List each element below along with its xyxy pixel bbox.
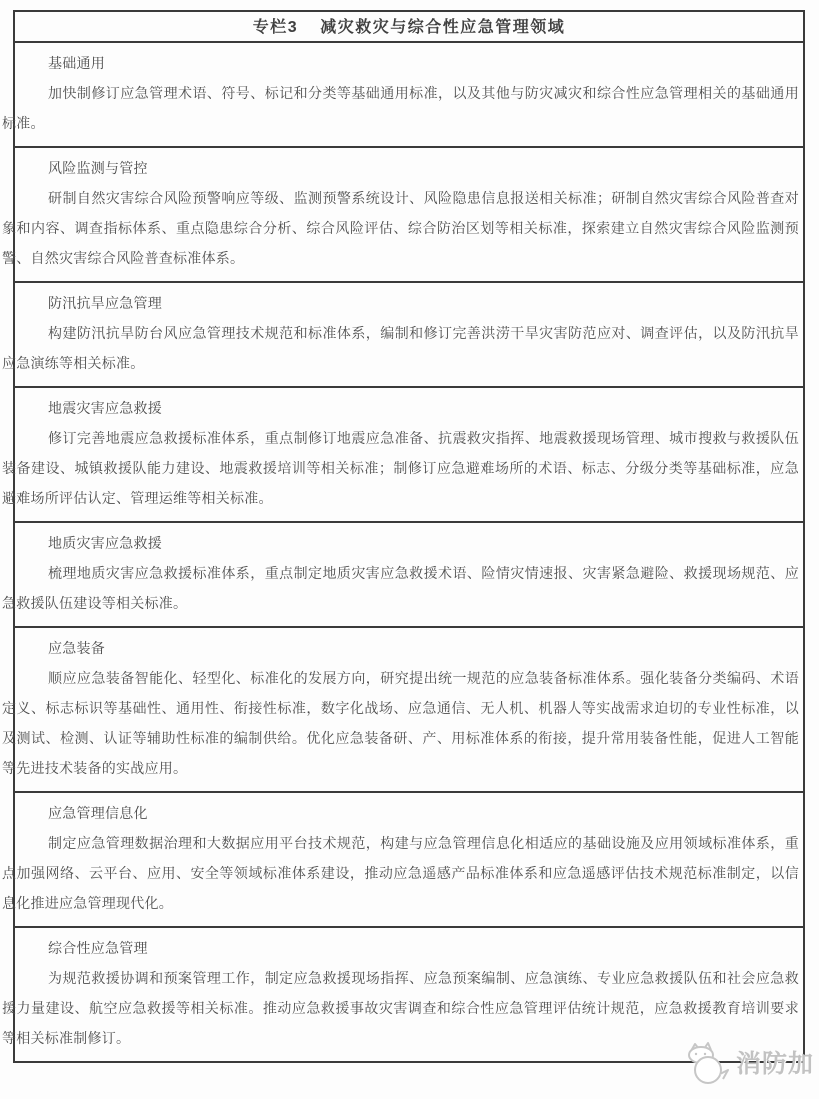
table-section-row: 地质灾害应急救援 梳理地质灾害应急救援标准体系，重点制定地质灾害应急救援术语、险… <box>15 521 803 626</box>
table-sections: 基础通用 加快制修订应急管理术语、符号、标记和分类等基础通用标准，以及其他与防灾… <box>15 43 803 1061</box>
document-page: 专栏3减灾救灾与综合性应急管理领域 基础通用 加快制修订应急管理术语、符号、标记… <box>0 0 819 1099</box>
section-paragraph: 修订完善地震应急救援标准体系，重点制修订地震应急准备、抗震救灾指挥、地震救援现场… <box>2 423 799 513</box>
section-paragraph: 梳理地质灾害应急救援标准体系，重点制定地质灾害应急救援术语、险情灾情速报、灾害紧… <box>2 558 799 618</box>
table-title-prefix: 专栏3 <box>253 19 298 36</box>
mascot-logo-icon <box>684 1041 734 1087</box>
section-heading: 应急装备 <box>2 633 799 663</box>
section-paragraph: 为规范救援协调和预案管理工作，制定应急救援现场指挥、应急预案编制、应急演练、专业… <box>2 963 799 1053</box>
section-heading: 地质灾害应急救援 <box>2 528 799 558</box>
brand-name: 消防加 <box>736 1052 814 1077</box>
section-paragraph: 顺应应急装备智能化、轻型化、标准化的发展方向，研究提出统一规范的应急装备标准体系… <box>2 663 799 783</box>
section-paragraph: 构建防汛抗旱防台风应急管理技术规范和标准体系，编制和修订完善洪涝干旱灾害防范应对… <box>2 318 799 378</box>
section-heading: 基础通用 <box>2 48 799 78</box>
table-section-row: 基础通用 加快制修订应急管理术语、符号、标记和分类等基础通用标准，以及其他与防灾… <box>15 43 803 146</box>
table-section-row: 地震灾害应急救援 修订完善地震应急救援标准体系，重点制修订地震应急准备、抗震救灾… <box>15 386 803 521</box>
section-heading: 风险监测与管控 <box>2 153 799 183</box>
table-section-row: 防汛抗旱应急管理 构建防汛抗旱防台风应急管理技术规范和标准体系，编制和修订完善洪… <box>15 281 803 386</box>
table-section-row: 应急管理信息化 制定应急管理数据治理和大数据应用平台技术规范，构建与应急管理信息… <box>15 791 803 926</box>
table-section-row: 应急装备 顺应应急装备智能化、轻型化、标准化的发展方向，研究提出统一规范的应急装… <box>15 626 803 791</box>
section-heading: 防汛抗旱应急管理 <box>2 288 799 318</box>
section-paragraph: 研制自然灾害综合风险预警响应等级、监测预警系统设计、风险隐患信息报送相关标准；研… <box>2 183 799 273</box>
section-paragraph: 制定应急管理数据治理和大数据应用平台技术规范，构建与应急管理信息化相适应的基础设… <box>2 828 799 918</box>
table-title-text: 减灾救灾与综合性应急管理领域 <box>320 19 565 36</box>
brand-watermark: 消防加 <box>684 1041 814 1087</box>
table-section-row: 风险监测与管控 研制自然灾害综合风险预警响应等级、监测预警系统设计、风险隐患信息… <box>15 146 803 281</box>
table-title-row: 专栏3减灾救灾与综合性应急管理领域 <box>15 12 803 43</box>
special-column-table: 专栏3减灾救灾与综合性应急管理领域 基础通用 加快制修订应急管理术语、符号、标记… <box>13 10 805 1063</box>
section-heading: 地震灾害应急救援 <box>2 393 799 423</box>
section-paragraph: 加快制修订应急管理术语、符号、标记和分类等基础通用标准，以及其他与防灾减灾和综合… <box>2 78 799 138</box>
section-heading: 应急管理信息化 <box>2 798 799 828</box>
section-heading: 综合性应急管理 <box>2 933 799 963</box>
